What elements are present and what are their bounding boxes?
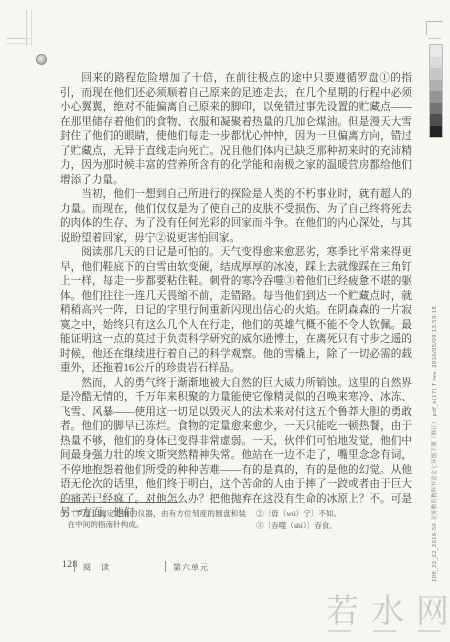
crop-mark-top-left-icon (6, 10, 32, 46)
paragraph: 回来的路程危险增加了十倍，在前往极点的途中只要遵循罗盘①的指引，而现在他们还必须… (60, 72, 412, 188)
scanned-page: 回来的路程危险增加了十倍，在前往极点的途中只要遵循罗盘①的指引，而现在他们还必须… (0, 0, 450, 642)
watermark-subtext-marks (328, 630, 448, 632)
page-footer: 128 阅 读 第六单元 (60, 560, 412, 574)
footnote: ③〔吞噬（shì）〕吞食。 (256, 520, 412, 531)
page-number: 128 (62, 560, 78, 570)
footer-divider (165, 561, 166, 572)
paragraph: 当初，他们一想到自己所进行的探险是人类的不朽事业时，就有超人的力量。而现在，他们… (60, 188, 412, 246)
footnote-column-right: ②〔毋（wú）宁〕不如。 ③〔吞噬（shì）〕吞食。 (256, 508, 412, 532)
footer-divider (74, 561, 75, 572)
watermark: 若水网 (326, 594, 448, 632)
unit-label: 第六单元 (173, 562, 209, 573)
footnote-divider (60, 502, 178, 503)
registration-circle-icon (36, 54, 47, 65)
watermark-text: 若水网 (326, 594, 448, 628)
section-label: 阅 读 (83, 562, 113, 573)
paragraph: 阅读那几天的日记是可怕的。天气变得愈来愈恶劣，寒季比平常来得更早，他们鞋底下的白… (60, 246, 412, 377)
article-text: 回来的路程危险增加了十倍，在前往极点的途中只要遵循罗盘①的指引，而现在他们还必须… (60, 72, 412, 522)
footnotes: ①〔罗盘〕测定方向的仪器，由有方位刻度的圆盘和装在中间的指南针构成。 ②〔毋（w… (60, 508, 412, 532)
crop-mark-top-right-icon (426, 21, 444, 41)
footnote: ①〔罗盘〕测定方向的仪器，由有方位刻度的圆盘和装在中间的指南针构成。 (60, 508, 246, 530)
grayscale-calibration-bar (429, 44, 443, 138)
paragraph: 然而，人的勇气终于渐渐地被大自然的巨大威力所销蚀。这里的自然界是冷酷无情的，千万… (60, 377, 412, 522)
margin-vertical-text: 108_22_22_2016-50 义务教育教科书语文七年级下册（修订） pdf… (430, 306, 438, 582)
footnote: ②〔毋（wú）宁〕不如。 (256, 508, 412, 519)
footnote-column-left: ①〔罗盘〕测定方向的仪器，由有方位刻度的圆盘和装在中间的指南针构成。 (60, 508, 256, 532)
